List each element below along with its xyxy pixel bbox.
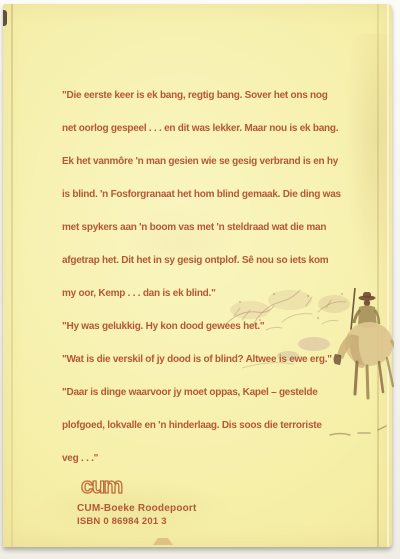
blurb-line: afgetrap het. Dit het in sy gesig ontplo…: [62, 255, 341, 266]
blurb-line: met spykers aan 'n boom vas met 'n steld…: [62, 222, 341, 233]
publisher-block: cum CUM-Boeke Roodepoort ISBN 0 86984 20…: [77, 473, 197, 527]
cover-crease-left: [11, 4, 13, 547]
blurb-line: is blind. 'n Fosforgranaat het hom blind…: [62, 189, 341, 200]
horse-rider-illustration: [222, 272, 394, 467]
blurb-line: net oorlog gespeel . . . en dit was lekk…: [62, 123, 341, 134]
publisher-imprint: CUM-Boeke Roodepoort: [77, 503, 197, 514]
cover-scuff-mark: [153, 531, 173, 545]
book-back-cover: "Die eerste keer is ek bang, regtig bang…: [3, 4, 392, 547]
cover-corner-mark: [3, 10, 7, 26]
isbn-number: ISBN 0 86984 201 3: [77, 516, 197, 527]
cover-stain: [344, 34, 390, 294]
blurb-line: Ek het vanmôre 'n man gesien wie se gesi…: [62, 156, 341, 167]
publisher-logo-text: cum: [81, 473, 123, 498]
cum-publisher-logo: cum: [79, 473, 133, 500]
blurb-line: "Die eerste keer is ek bang, regtig bang…: [62, 90, 341, 101]
